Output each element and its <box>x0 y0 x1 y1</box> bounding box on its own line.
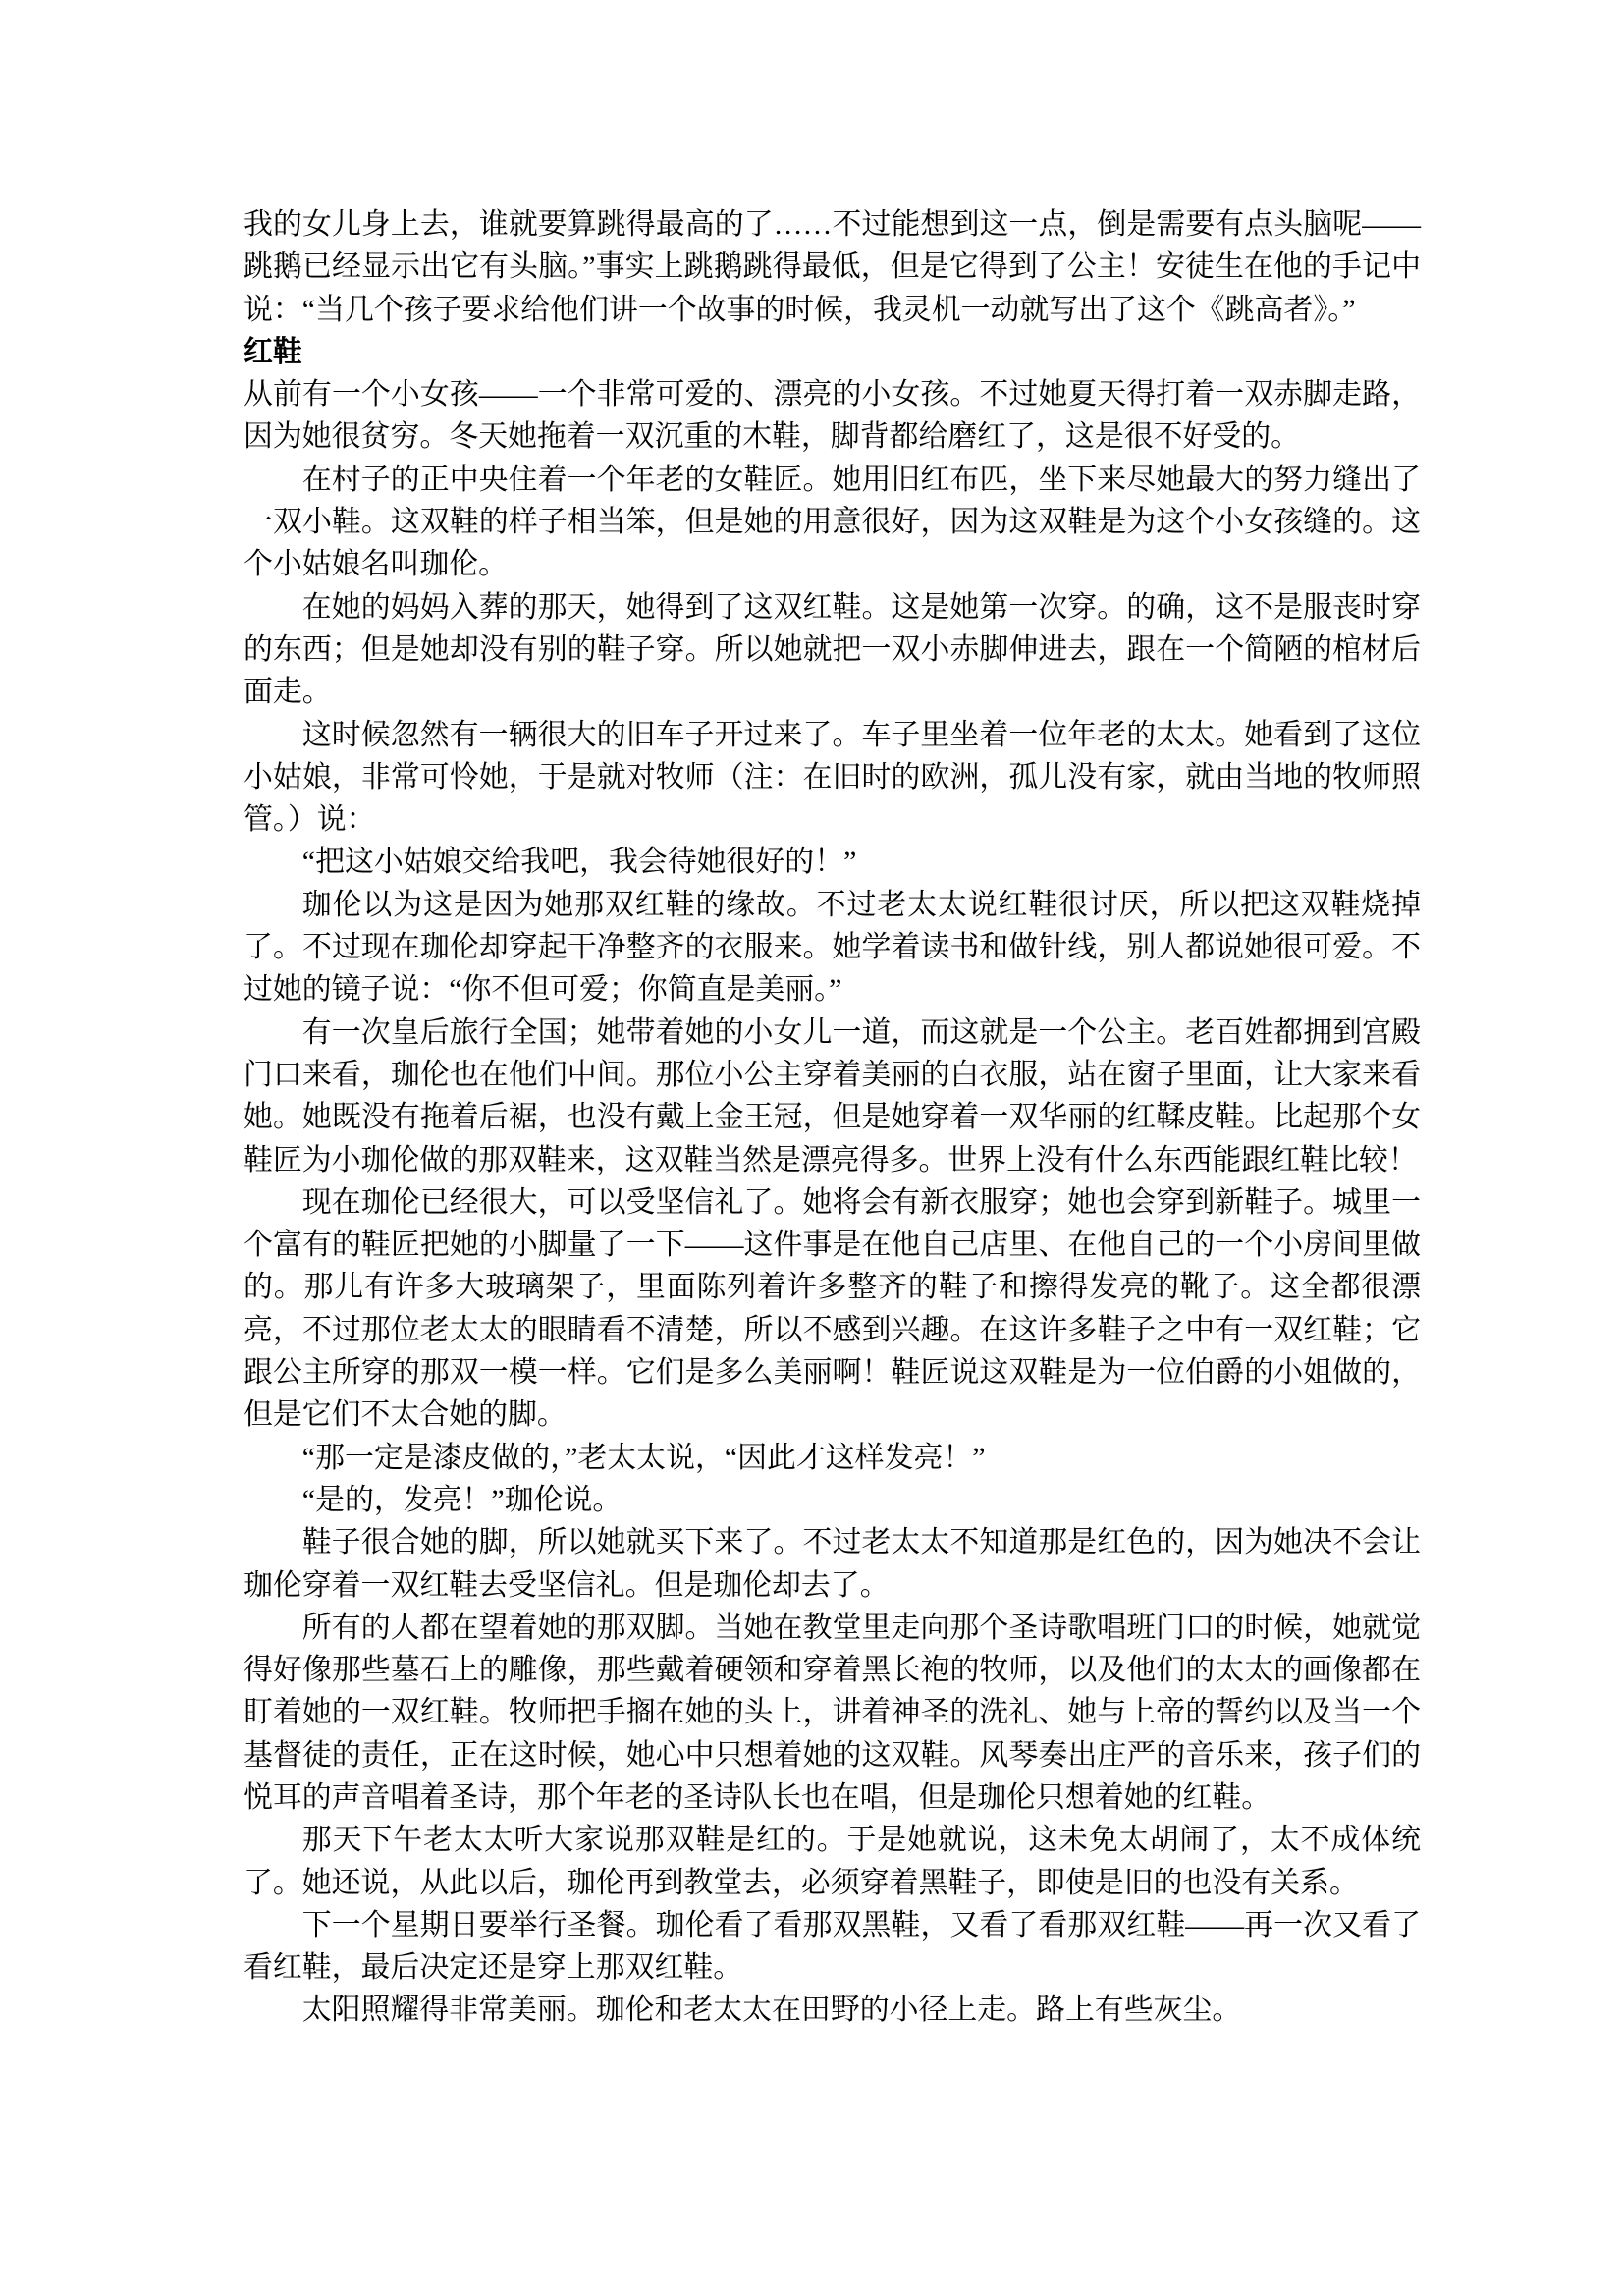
story-paragraph: 鞋子很合她的脚，所以她就买下来了。不过老太太不知道那是红色的，因为她决不会让珈伦… <box>243 1521 1421 1607</box>
story-paragraph: 在她的妈妈入葬的那天，她得到了这双红鞋。这是她第一次穿。的确，这不是服丧时穿的东… <box>243 586 1421 714</box>
story-paragraph: “把这小姑娘交给我吧，我会待她很好的！” <box>243 841 1421 883</box>
story-title: 红鞋 <box>243 331 1421 373</box>
story-paragraph: 太阳照耀得非常美丽。珈伦和老太太在田野的小径上走。路上有些灰尘。 <box>243 1989 1421 2031</box>
document-page: 我的女儿身上去，谁就要算跳得最高的了……不过能想到这一点，倒是需要有点头脑呢——… <box>0 0 1623 2296</box>
story-paragraph: 下一个星期日要举行圣餐。珈伦看了看那双黑鞋，又看了看那双红鞋——再一次又看了看红… <box>243 1904 1421 1990</box>
story-paragraph: 我的女儿身上去，谁就要算跳得最高的了……不过能想到这一点，倒是需要有点头脑呢——… <box>243 203 1421 331</box>
story-paragraph: “是的，发亮！”珈伦说。 <box>243 1479 1421 1521</box>
story-paragraph: 所有的人都在望着她的那双脚。当她在教堂里走向那个圣诗歌唱班门口的时候，她就觉得好… <box>243 1607 1421 1819</box>
story-paragraph: 在村子的正中央住着一个年老的女鞋匠。她用旧红布匹，坐下来尽她最大的努力缝出了一双… <box>243 459 1421 586</box>
story-paragraph: 现在珈伦已经很大，可以受坚信礼了。她将会有新衣服穿；她也会穿到新鞋子。城里一个富… <box>243 1181 1421 1437</box>
story-paragraph: 从前有一个小女孩——一个非常可爱的、漂亮的小女孩。不过她夏天得打着一双赤脚走路，… <box>243 373 1421 459</box>
story-paragraph: 那天下午老太太听大家说那双鞋是红的。于是她就说，这未免太胡闹了，太不成体统了。她… <box>243 1819 1421 1904</box>
story-paragraph: 这时候忽然有一辆很大的旧车子开过来了。车子里坐着一位年老的太太。她看到了这位小姑… <box>243 714 1421 842</box>
story-paragraph: 珈伦以为这是因为她那双红鞋的缘故。不过老太太说红鞋很讨厌，所以把这双鞋烧掉了。不… <box>243 884 1421 1011</box>
story-paragraph: 有一次皇后旅行全国；她带着她的小女儿一道，而这就是一个公主。老百姓都拥到宫殿门口… <box>243 1011 1421 1181</box>
story-paragraph: “那一定是漆皮做的，”老太太说，“因此才这样发亮！” <box>243 1437 1421 1479</box>
story-text-block: 我的女儿身上去，谁就要算跳得最高的了……不过能想到这一点，倒是需要有点头脑呢——… <box>243 203 1421 2032</box>
